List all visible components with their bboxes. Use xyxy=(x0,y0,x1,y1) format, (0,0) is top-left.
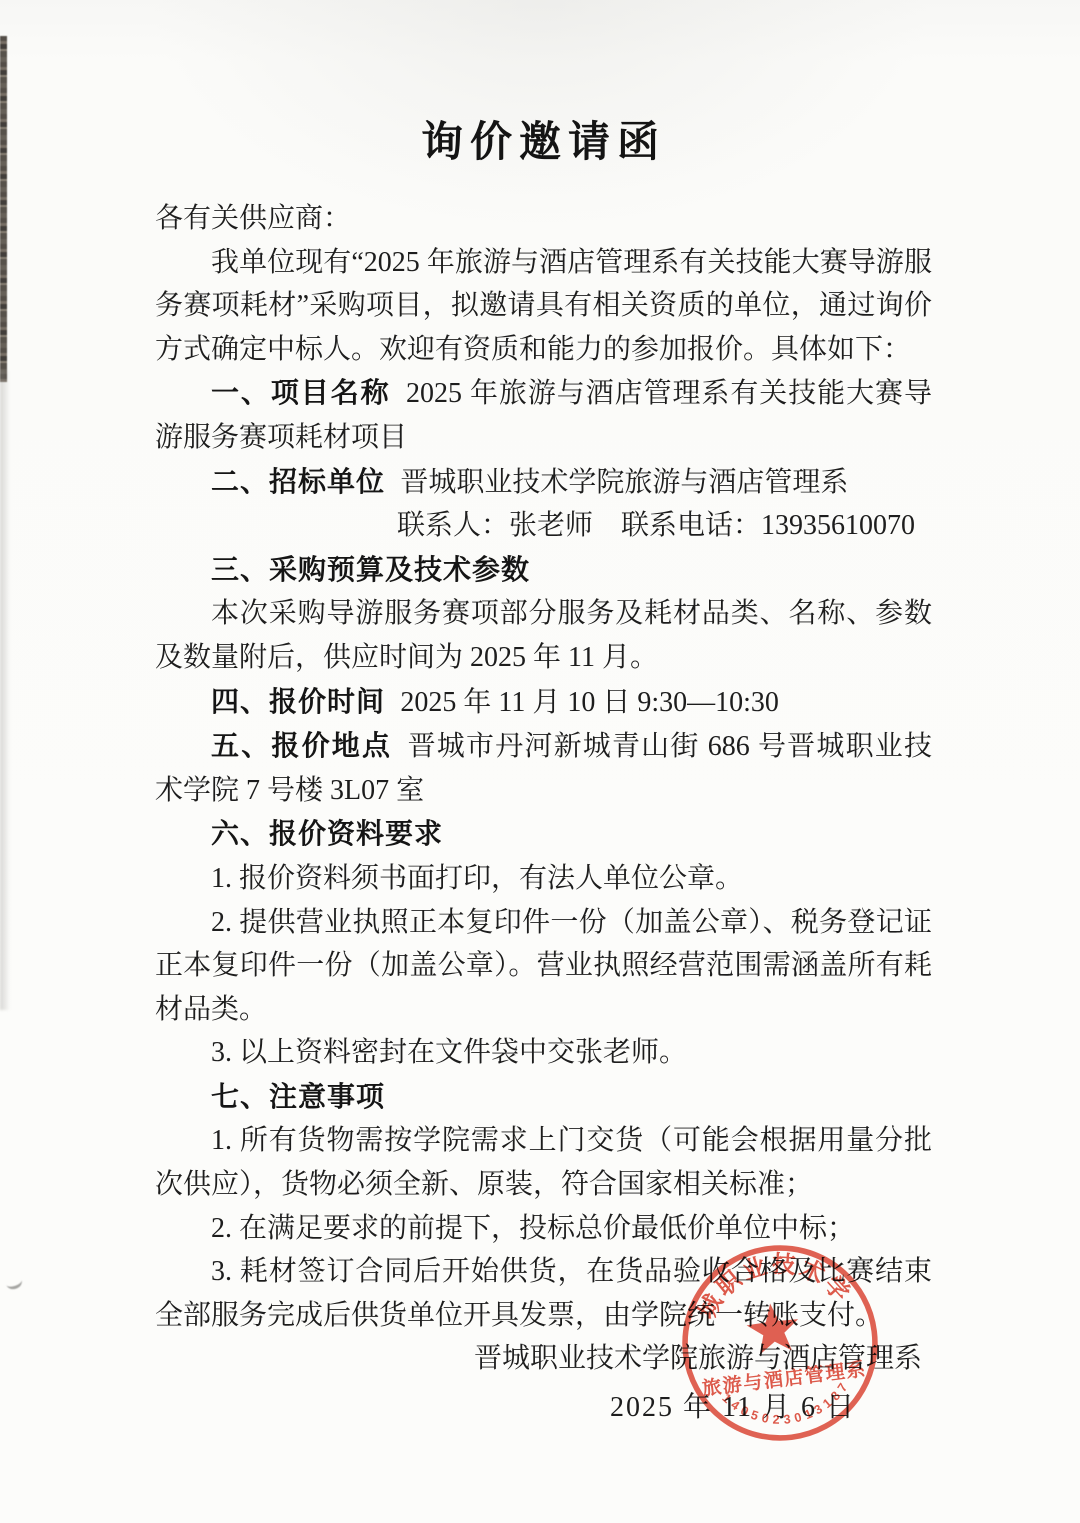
section-tender-unit: 二、招标单位晋城职业技术学院旅游与酒店管理系 xyxy=(155,460,932,505)
section-1-heading: 一、项目名称 xyxy=(211,377,391,408)
intro-paragraph: 我单位现有“2025 年旅游与酒店管理系有关技能大赛导游服务赛项耗材”采购项目，… xyxy=(155,241,932,372)
section-5-heading: 五、报价地点 xyxy=(211,730,392,761)
budget-paragraph: 本次采购导游服务赛项部分服务及耗材品类、名称、参数及数量附后，供应时间为 202… xyxy=(155,592,932,679)
section-4-heading: 四、报价时间 xyxy=(211,686,385,717)
section-3-heading: 三、采购预算及技术参数 xyxy=(211,554,530,585)
section-2-text: 晋城职业技术学院旅游与酒店管理系 xyxy=(400,467,848,498)
scan-edge-artifact-dark xyxy=(0,36,7,382)
note-item-3: 3. 耗材签订合同后开始供货，在货品验收合格及比赛结束全部服务完成后供货单位开具… xyxy=(155,1250,932,1337)
requirement-item-1: 1. 报价资料须书面打印，有法人单位公章。 xyxy=(155,857,932,901)
section-2-heading: 二、招标单位 xyxy=(211,466,385,497)
scanned-document-page: 询价邀请函 各有关供应商： 我单位现有“2025 年旅游与酒店管理系有关技能大赛… xyxy=(0,0,1080,1523)
section-4-text: 2025 年 11 月 10 日 9:30—10:30 xyxy=(400,687,779,718)
section-quote-time: 四、报价时间2025 年 11 月 10 日 9:30—10:30 xyxy=(155,680,932,725)
note-item-1: 1. 所有货物需按学院需求上门交货（可能会根据用量分批次供应），货物必须全新、原… xyxy=(155,1119,932,1206)
contact-line: 联系人：张老师 联系电话：13935610070 xyxy=(397,504,932,548)
note-item-2: 2. 在满足要求的前提下，投标总价最低价单位中标； xyxy=(155,1207,932,1251)
section-project-name: 一、项目名称2025 年旅游与酒店管理系有关技能大赛导游服务赛项耗材项目 xyxy=(155,371,932,459)
scan-smudge-mark xyxy=(4,1274,23,1291)
section-quote-materials: 六、报价资料要求 xyxy=(155,812,932,857)
salutation: 各有关供应商： xyxy=(155,197,932,241)
section-7-heading: 七、注意事项 xyxy=(211,1081,385,1112)
document-title: 询价邀请函 xyxy=(155,112,932,175)
requirement-item-3: 3. 以上资料密封在文件袋中交张老师。 xyxy=(155,1031,932,1075)
requirement-item-2: 2. 提供营业执照正本复印件一份（加盖公章）、税务登记证正本复印件一份（加盖公章… xyxy=(155,901,932,1032)
scan-edge-artifact-light xyxy=(0,370,10,1010)
signature-date: 2025 年 11 月 6 日 xyxy=(155,1386,932,1430)
section-6-heading: 六、报价资料要求 xyxy=(211,818,443,849)
section-quote-place: 五、报价地点晋城市丹河新城青山街 686 号晋城职业技术学院 7 号楼 3L07… xyxy=(155,724,932,812)
section-notes: 七、注意事项 xyxy=(155,1075,932,1120)
signature-org: 晋城职业技术学院旅游与酒店管理系 xyxy=(155,1337,932,1381)
section-budget-params: 三、采购预算及技术参数 xyxy=(155,548,932,593)
letter-body: 询价邀请函 各有关供应商： 我单位现有“2025 年旅游与酒店管理系有关技能大赛… xyxy=(155,112,932,1430)
